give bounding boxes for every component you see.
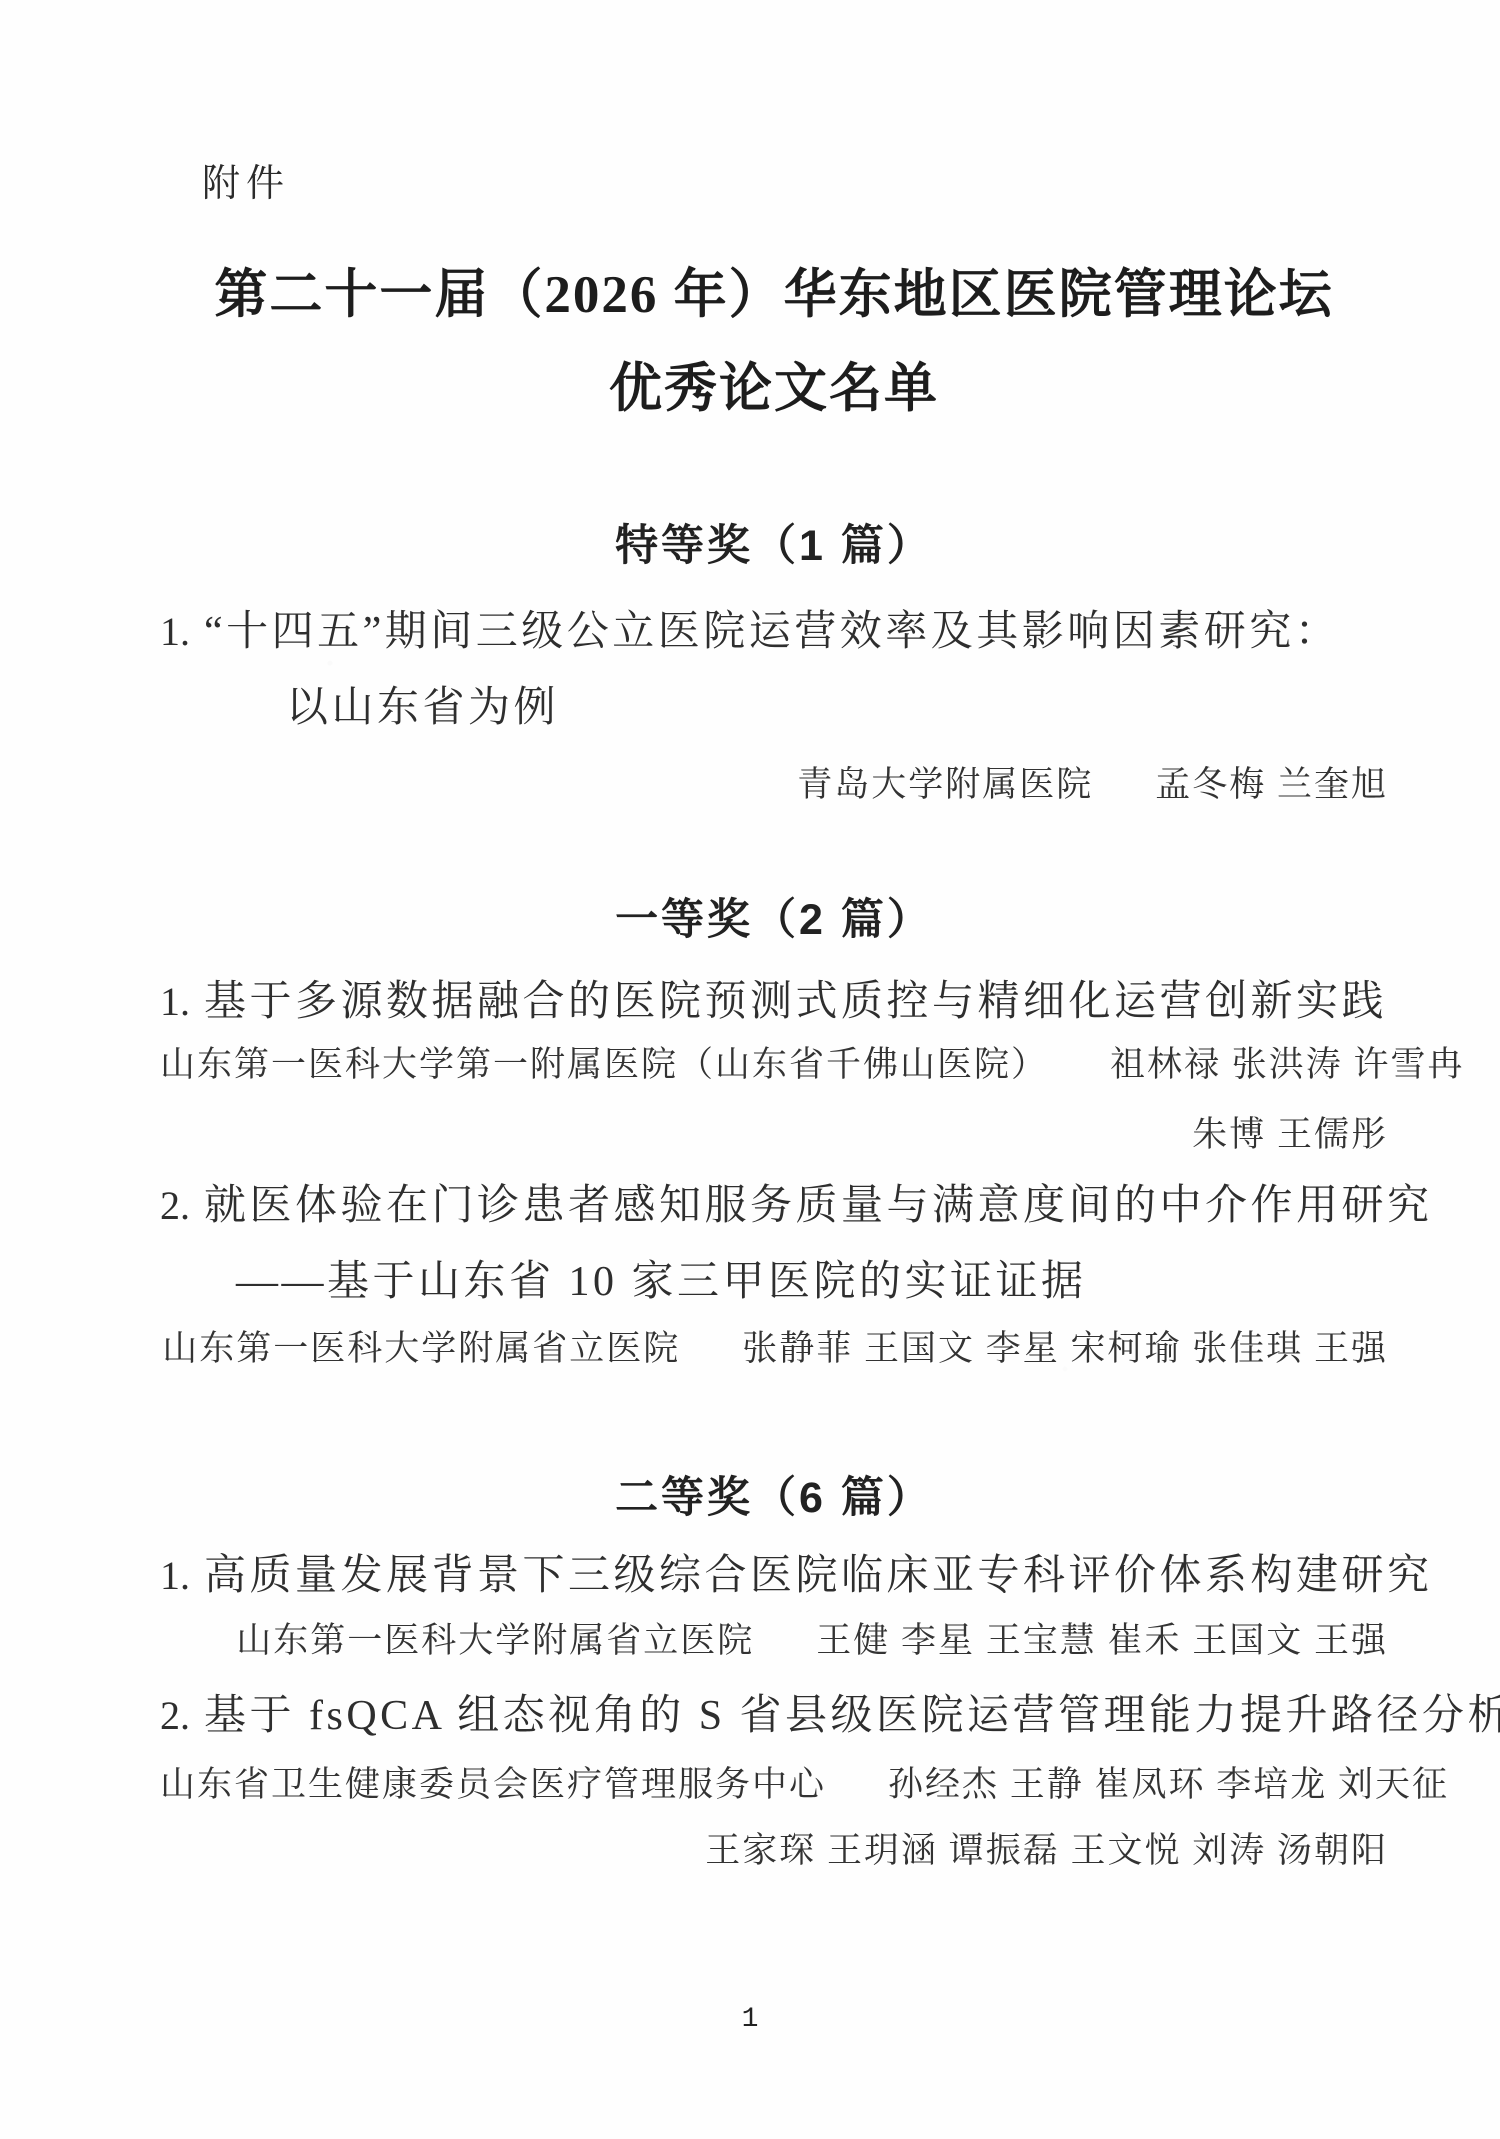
paper-title-text: 基于 fsQCA 组态视角的 S 省县级医院运营管理能力提升路径分析 xyxy=(204,1693,1500,1739)
paper-title-line: 2.就医体验在门诊患者感知服务质量与满意度间的中介作用研究 xyxy=(160,1168,1388,1244)
authors: 孙经杰 王静 崔凤环 李培龙 刘天征 xyxy=(888,1765,1449,1804)
entry-number: 1. xyxy=(160,594,190,670)
credit-line: 山东省卫生健康委员会医疗管理服务中心孙经杰 王静 崔凤环 李培龙 刘天征 xyxy=(160,1760,1388,1810)
paper-title-text: “十四五”期间三级公立医院运营效率及其影响因素研究： xyxy=(204,609,1340,655)
entry-number: 2. xyxy=(160,1168,190,1244)
paper-title-text: 高质量发展背景下三级综合医院临床亚专科评价体系构建研究 xyxy=(204,1553,1433,1599)
paper-title-line: 1.高质量发展背景下三级综合医院临床亚专科评价体系构建研究 xyxy=(160,1538,1388,1614)
credit-line-continuation: 王家琛 王玥涵 谭振磊 王文悦 刘涛 汤朝阳 xyxy=(160,1826,1388,1876)
paper-title-line: 1.“十四五”期间三级公立医院运营效率及其影响因素研究： xyxy=(160,594,1388,670)
authors: 王健 李星 王宝慧 崔禾 王国文 王强 xyxy=(816,1621,1388,1660)
authors: 孟冬梅 兰奎旭 xyxy=(1155,765,1388,804)
section-special-prize: 特等奖（1 篇） 1.“十四五”期间三级公立医院运营效率及其影响因素研究： 以山… xyxy=(160,518,1388,810)
credit-line: 山东第一医科大学附属省立医院张静菲 王国文 李星 宋柯瑜 张佳琪 王强 xyxy=(160,1324,1388,1374)
affiliation: 山东第一医科大学附属省立医院 xyxy=(236,1621,754,1660)
paper-title-line: 1.基于多源数据融合的医院预测式质控与精细化运营创新实践 xyxy=(160,964,1388,1040)
credit-line: 山东第一医科大学附属省立医院王健 李星 王宝慧 崔禾 王国文 王强 xyxy=(160,1616,1388,1666)
paper-entry: 2.基于 fsQCA 组态视角的 S 省县级医院运营管理能力提升路径分析 山东省… xyxy=(160,1678,1388,1876)
document-page: 附件 第二十一届（2026 年）华东地区医院管理论坛 优秀论文名单 特等奖（1 … xyxy=(0,0,1500,2139)
paper-entry: 1.基于多源数据融合的医院预测式质控与精细化运营创新实践 山东第一医科大学第一附… xyxy=(160,964,1388,1160)
authors: 朱博 王儒彤 xyxy=(1192,1115,1388,1154)
credit-line: 山东第一医科大学第一附属医院（山东省千佛山医院）祖林禄 张洪涛 许雪冉 xyxy=(160,1040,1388,1090)
authors: 祖林禄 张洪涛 许雪冉 xyxy=(1110,1045,1465,1084)
paper-entry: 1.“十四五”期间三级公立医院运营效率及其影响因素研究： 以山东省为例 青岛大学… xyxy=(160,594,1388,810)
credit-line-continuation: 朱博 王儒彤 xyxy=(160,1110,1388,1160)
page-number: 1 xyxy=(0,2004,1500,2035)
section-heading-first-prize: 一等奖（2 篇） xyxy=(160,892,1388,948)
authors: 王家琛 王玥涵 谭振磊 王文悦 刘涛 汤朝阳 xyxy=(705,1831,1388,1870)
entry-number: 2. xyxy=(160,1678,190,1754)
paper-title-line: 2.基于 fsQCA 组态视角的 S 省县级医院运营管理能力提升路径分析 xyxy=(160,1678,1388,1754)
title-line-2: 优秀论文名单 xyxy=(160,342,1388,436)
section-second-prize: 二等奖（6 篇） 1.高质量发展背景下三级综合医院临床亚专科评价体系构建研究 山… xyxy=(160,1470,1388,1876)
affiliation: 山东省卫生健康委员会医疗管理服务中心 xyxy=(160,1765,826,1804)
credit-line: 青岛大学附属医院孟冬梅 兰奎旭 xyxy=(160,760,1388,810)
paper-title-line-continuation: ——基于山东省 10 家三甲医院的实证证据 xyxy=(160,1244,1388,1320)
affiliation: 青岛大学附属医院 xyxy=(797,765,1093,804)
paper-title-text: 就医体验在门诊患者感知服务质量与满意度间的中介作用研究 xyxy=(204,1183,1433,1229)
section-heading-special-prize: 特等奖（1 篇） xyxy=(160,518,1388,574)
paper-entry: 1.高质量发展背景下三级综合医院临床亚专科评价体系构建研究 山东第一医科大学附属… xyxy=(160,1538,1388,1666)
paper-title-text: 基于多源数据融合的医院预测式质控与精细化运营创新实践 xyxy=(204,979,1387,1025)
section-first-prize: 一等奖（2 篇） 1.基于多源数据融合的医院预测式质控与精细化运营创新实践 山东… xyxy=(160,892,1388,1374)
affiliation: 山东第一医科大学第一附属医院（山东省千佛山医院） xyxy=(160,1045,1048,1084)
document-title: 第二十一届（2026 年）华东地区医院管理论坛 优秀论文名单 xyxy=(160,248,1388,436)
entry-number: 1. xyxy=(160,1538,190,1614)
entry-number: 1. xyxy=(160,964,190,1040)
title-line-1: 第二十一届（2026 年）华东地区医院管理论坛 xyxy=(160,248,1388,342)
authors: 张静菲 王国文 李星 宋柯瑜 张佳琪 王强 xyxy=(742,1329,1388,1368)
paper-entry: 2.就医体验在门诊患者感知服务质量与满意度间的中介作用研究 ——基于山东省 10… xyxy=(160,1168,1388,1374)
attachment-label: 附件 xyxy=(202,158,1388,210)
section-heading-second-prize: 二等奖（6 篇） xyxy=(160,1470,1388,1526)
affiliation: 山东第一医科大学附属省立医院 xyxy=(162,1329,680,1368)
paper-title-line-continuation: 以山东省为例 xyxy=(160,670,1388,746)
